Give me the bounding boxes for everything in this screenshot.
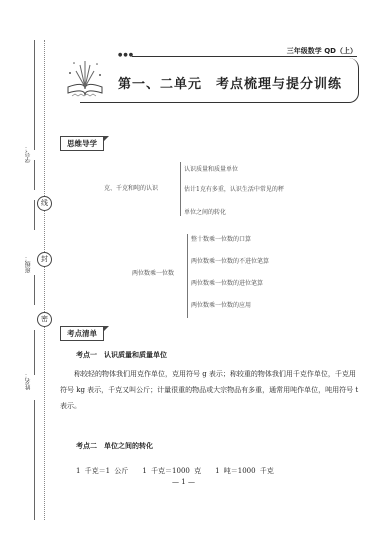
section-tag-key-points: 考点清单 — [60, 326, 104, 341]
mindmap-leaf: 认识质量和质量单位 — [184, 164, 238, 173]
brace — [187, 234, 188, 318]
mindmap-leaf: 两位数乘一位数的进位笔算 — [191, 278, 263, 287]
unit-conversions: 1 千克＝1 公斤 1 千克＝1000 克 1 吨＝1000 千克 — [76, 466, 274, 476]
key-point-body: 称较轻的物体我们用克作单位，克用符号 g 表示；称较重的物体我们用千克作单位，千… — [60, 366, 360, 414]
class-label: 班级： — [24, 255, 33, 273]
gutter-rule — [34, 200, 35, 230]
page-number: — 1 — — [0, 478, 367, 486]
mindmap-root: 两位数乘一位数 — [132, 268, 174, 277]
brace — [180, 162, 181, 216]
mindmap-leaf: 整十数乘一位数的口算 — [191, 234, 251, 243]
cut-mark-seal: 封 — [37, 252, 52, 267]
page-title: 第一、二单元 考点梳理与提分训练 — [118, 73, 342, 92]
section-tag-mind-map: 思维导学 — [60, 136, 104, 151]
header-rule — [132, 56, 357, 57]
mindmap-leaf: 单位之间的转化 — [184, 207, 226, 216]
open-book-icon — [60, 55, 110, 100]
binding-dotted-line — [44, 40, 45, 520]
mindmap-leaf: 估计1克有多重，认识生活中常见的秤 — [184, 184, 284, 193]
mindmap-leaf: 两位数乘一位数的应用 — [191, 300, 251, 309]
grade-label: 三年级数学 QD（上） — [287, 46, 357, 56]
key-point-heading: 考点一 认识质量和质量单位 — [76, 350, 167, 360]
gutter-rule — [34, 160, 35, 190]
student-id-label: 学号： — [24, 145, 33, 163]
gutter-rule — [34, 330, 35, 375]
gutter-rule — [34, 40, 35, 150]
cut-mark-secret: 密 — [37, 312, 52, 327]
gutter-rule — [34, 275, 35, 305]
cut-mark-line: 线 — [37, 196, 52, 211]
name-label: 姓名： — [24, 372, 33, 390]
gutter-rule — [34, 400, 35, 520]
mindmap-root: 克、千克和吨的认识 — [104, 183, 158, 192]
key-point-heading: 考点二 单位之间的转化 — [76, 441, 153, 451]
mindmap-leaf: 两位数乘一位数的不进位笔算 — [191, 256, 269, 265]
